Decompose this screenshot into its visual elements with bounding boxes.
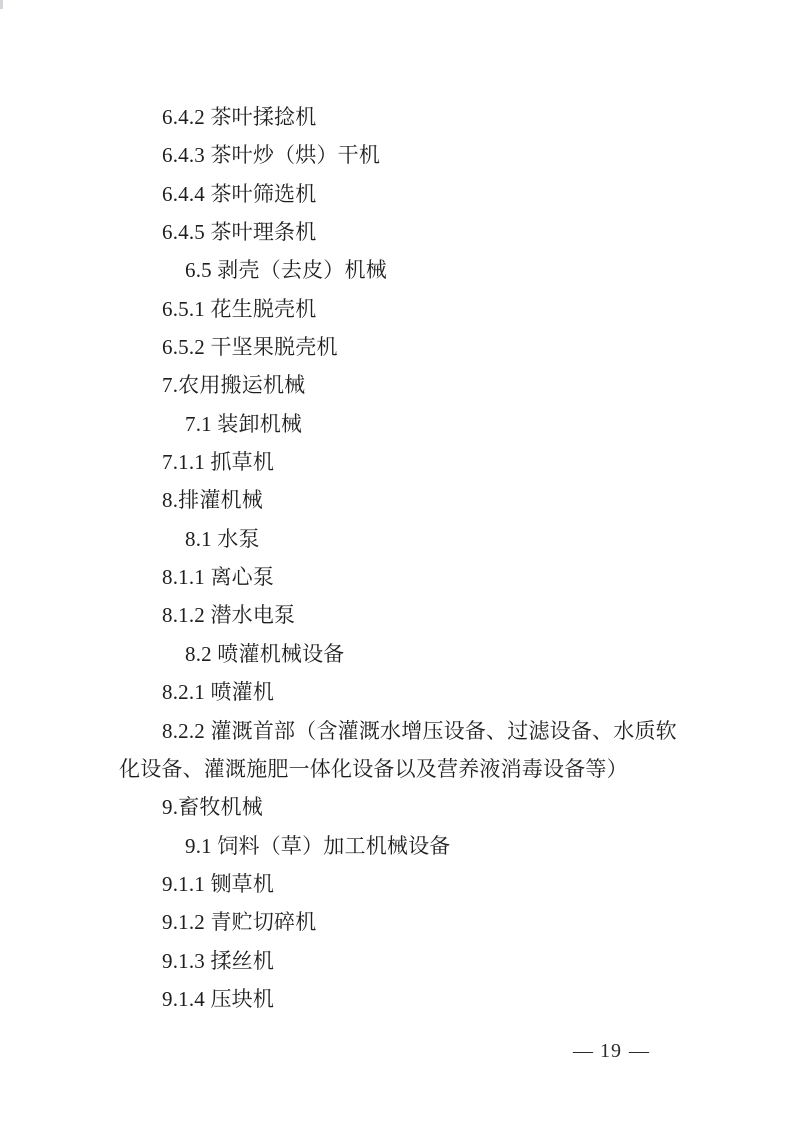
- list-content: 6.4.2 茶叶揉捻机6.4.3 茶叶炒（烘）干机6.4.4 茶叶筛选机6.4.…: [119, 98, 676, 1018]
- list-line: 9.畜牧机械: [119, 788, 676, 826]
- list-line: 8.排灌机械: [119, 481, 676, 519]
- footer-dash-left: —: [573, 1040, 593, 1062]
- document-page: 6.4.2 茶叶揉捻机6.4.3 茶叶炒（烘）干机6.4.4 茶叶筛选机6.4.…: [0, 0, 794, 1123]
- footer-dash-right: —: [629, 1040, 649, 1062]
- list-line: 6.5 剥壳（去皮）机械: [119, 251, 676, 289]
- list-line: 6.4.3 茶叶炒（烘）干机: [119, 136, 676, 174]
- list-line: 7.农用搬运机械: [119, 366, 676, 404]
- page-footer: — 19 —: [573, 1040, 649, 1062]
- list-line: 9.1.3 揉丝机: [119, 942, 676, 980]
- list-line: 8.2 喷灌机械设备: [119, 635, 676, 673]
- list-line: 8.2.1 喷灌机: [119, 673, 676, 711]
- list-line: 8.1.2 潜水电泵: [119, 596, 676, 634]
- footer-page-number: 19: [600, 1040, 622, 1062]
- list-line: 9.1.2 青贮切碎机: [119, 903, 676, 941]
- list-line: 6.4.5 茶叶理条机: [119, 213, 676, 251]
- list-line: 9.1.1 铡草机: [119, 865, 676, 903]
- list-line: 6.5.1 花生脱壳机: [119, 290, 676, 328]
- list-line: 6.5.2 干坚果脱壳机: [119, 328, 676, 366]
- list-line: 8.2.2 灌溉首部（含灌溉水增压设备、过滤设备、水质软: [119, 712, 676, 750]
- list-line: 6.4.4 茶叶筛选机: [119, 175, 676, 213]
- list-line: 7.1 装卸机械: [119, 405, 676, 443]
- list-line: 8.1.1 离心泵: [119, 558, 676, 596]
- list-line: 9.1.4 压块机: [119, 980, 676, 1018]
- list-line: 9.1 饲料（草）加工机械设备: [119, 827, 676, 865]
- scan-artifact-mark: [0, 0, 3, 9]
- list-line: 7.1.1 抓草机: [119, 443, 676, 481]
- list-line: 8.1 水泵: [119, 520, 676, 558]
- list-line: 6.4.2 茶叶揉捻机: [119, 98, 676, 136]
- list-line: 化设备、灌溉施肥一体化设备以及营养液消毒设备等）: [119, 750, 676, 788]
